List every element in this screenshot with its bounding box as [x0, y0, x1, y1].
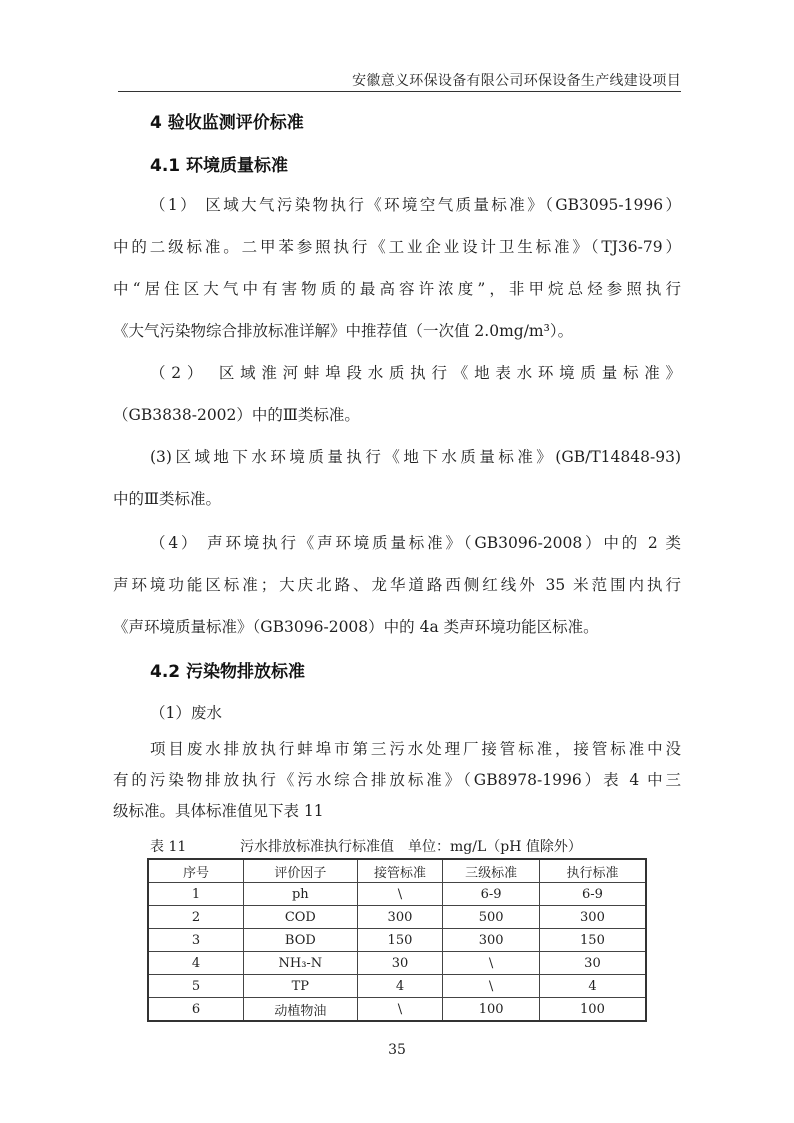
- paragraph-line: （GB3838-2002）中的Ⅲ类标准。: [113, 403, 681, 425]
- column-header: 三级标准: [443, 859, 540, 883]
- table-header-row: 序号 评价因子 接管标准 三级标准 执行标准: [148, 859, 646, 883]
- table-title: 污水排放标准执行标准值 单位：mg/L（pH 值除外）: [240, 836, 582, 856]
- table-cell: 2: [148, 906, 244, 929]
- paragraph-line: 级标准。具体标准值见下表 11: [113, 799, 681, 821]
- table-cell: 150: [357, 929, 443, 952]
- table-cell: 4: [357, 975, 443, 998]
- subsection-title-4-2: 4.2 污染物排放标准: [150, 657, 305, 682]
- table-cell: \: [357, 998, 443, 1022]
- table-caption: 表 11 污水排放标准执行标准值 单位：mg/L（pH 值除外）: [150, 836, 186, 856]
- paragraph-line: 有的污染物排放执行《污水综合排放标准》（GB8978-1996）表 4 中三: [113, 768, 681, 790]
- table-cell: 4: [539, 975, 646, 998]
- paragraph-line: 项目废水排放执行蚌埠市第三污水处理厂接管标准，接管标准中没: [150, 737, 681, 759]
- table-cell: 30: [539, 952, 646, 975]
- table-row: 6 动植物油 \ 100 100: [148, 998, 646, 1022]
- table-cell: TP: [244, 975, 358, 998]
- subsection-title-4-1: 4.1 环境质量标准: [150, 151, 288, 176]
- table-cell: 300: [443, 929, 540, 952]
- table-cell: 100: [443, 998, 540, 1022]
- table-row: 3 BOD 150 300 150: [148, 929, 646, 952]
- table-cell: 100: [539, 998, 646, 1022]
- paragraph-line: 中“居住区大气中有害物质的最高容许浓度”，非甲烷总烃参照执行: [113, 277, 681, 299]
- table-cell: 150: [539, 929, 646, 952]
- table-row: 5 TP 4 \ 4: [148, 975, 646, 998]
- table-row: 2 COD 300 500 300: [148, 906, 646, 929]
- paragraph-line: （2） 区域淮河蚌埠段水质执行《地表水环境质量标准》: [150, 361, 681, 383]
- table-cell: ph: [244, 883, 358, 906]
- column-header: 接管标准: [357, 859, 443, 883]
- paragraph-line: 《声环境质量标准》（GB3096-2008）中的 4a 类声环境功能区标准。: [113, 615, 681, 637]
- table-number: 表 11: [150, 839, 186, 855]
- table-cell: 500: [443, 906, 540, 929]
- paragraph-line: (3)区域地下水环境质量执行《地下水质量标准》(GB/T14848-93): [150, 445, 681, 467]
- column-header: 执行标准: [539, 859, 646, 883]
- table-cell: 300: [539, 906, 646, 929]
- wastewater-standards-table: 序号 评价因子 接管标准 三级标准 执行标准 1 ph \ 6-9 6-9 2 …: [147, 858, 647, 1022]
- table-cell: 300: [357, 906, 443, 929]
- column-header: 序号: [148, 859, 244, 883]
- table-cell: 6-9: [443, 883, 540, 906]
- running-header: 安徽意义环保设备有限公司环保设备生产线建设项目: [352, 70, 681, 90]
- paragraph-line: 《大气污染物综合排放标准详解》中推荐值（一次值 2.0mg/m³）。: [113, 319, 681, 341]
- table-cell: \: [357, 883, 443, 906]
- table-cell: 3: [148, 929, 244, 952]
- paragraph-line: （1） 区域大气污染物执行《环境空气质量标准》（GB3095-1996）: [150, 193, 681, 215]
- table-cell: 5: [148, 975, 244, 998]
- page-number: 35: [0, 1042, 794, 1058]
- table-cell: 6-9: [539, 883, 646, 906]
- table-cell: 4: [148, 952, 244, 975]
- table-cell: 6: [148, 998, 244, 1022]
- paragraph-line: 中的二级标准。二甲苯参照执行《工业企业设计卫生标准》（TJ36-79）: [113, 235, 681, 257]
- paragraph-line: 声环境功能区标准；大庆北路、龙华道路西侧红线外 35 米范围内执行: [113, 573, 681, 595]
- item-label-wastewater: （1）废水: [150, 701, 681, 723]
- table-cell: 1: [148, 883, 244, 906]
- paragraph-line: 中的Ⅲ类标准。: [113, 487, 681, 509]
- section-title: 4 验收监测评价标准: [150, 108, 304, 133]
- table-cell: \: [443, 975, 540, 998]
- table-row: 4 NH₃-N 30 \ 30: [148, 952, 646, 975]
- paragraph-line: （4） 声环境执行《声环境质量标准》（GB3096-2008）中的 2 类: [150, 531, 681, 553]
- header-rule: [118, 91, 681, 92]
- table-cell: \: [443, 952, 540, 975]
- table-row: 1 ph \ 6-9 6-9: [148, 883, 646, 906]
- table-cell: 30: [357, 952, 443, 975]
- table-cell: 动植物油: [244, 998, 358, 1022]
- table-cell: NH₃-N: [244, 952, 358, 975]
- column-header: 评价因子: [244, 859, 358, 883]
- table-cell: BOD: [244, 929, 358, 952]
- table-cell: COD: [244, 906, 358, 929]
